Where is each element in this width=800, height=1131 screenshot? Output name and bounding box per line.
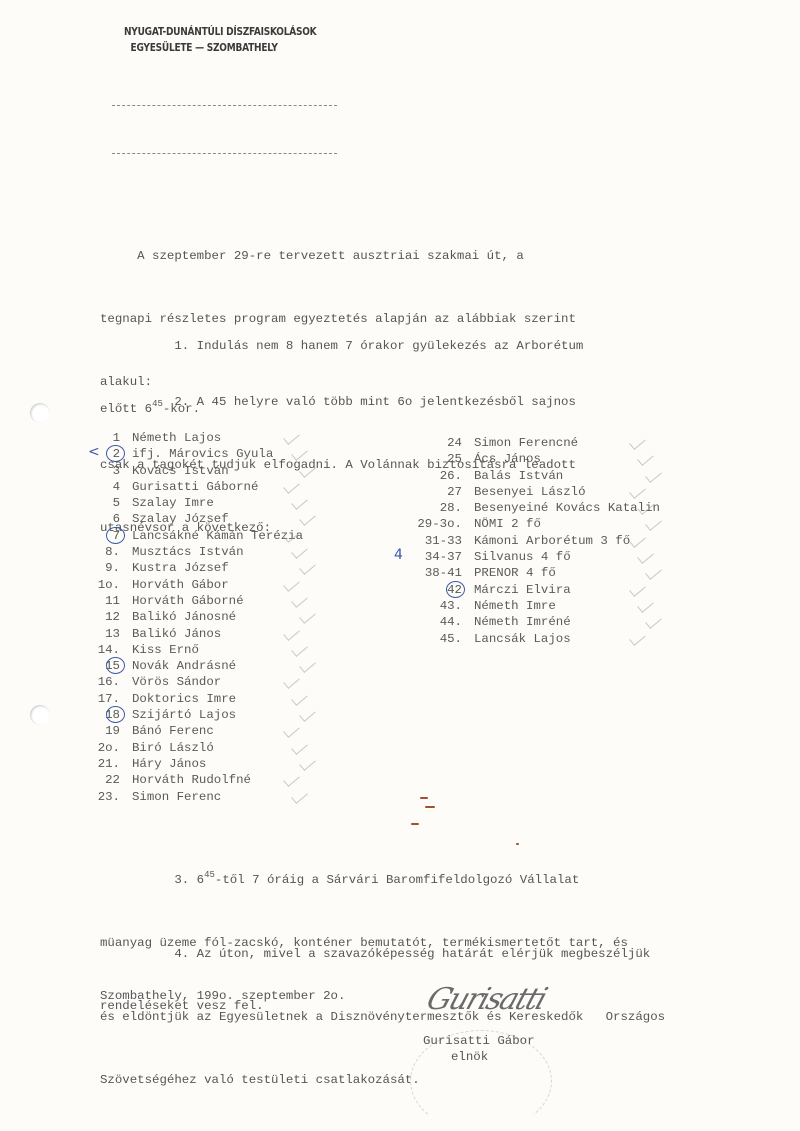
place-and-date: Szombathely, 199o. szeptember 2o. bbox=[100, 986, 345, 1007]
document-page: NYUGAT-DUNÁNTÚLI DÍSZFAISKOLÁSOK EGYESÜL… bbox=[0, 0, 800, 1131]
passenger-row: 4Gurisatti Gáborné bbox=[94, 479, 303, 495]
passenger-row: 2ifj. Márovics Gyula< bbox=[94, 446, 303, 462]
punch-hole-top bbox=[30, 403, 50, 423]
point-4-line: és eldöntjük az Egyesületnek a Disznövén… bbox=[100, 1007, 665, 1028]
passenger-name: Kustra József bbox=[132, 561, 229, 575]
passenger-number: 6 bbox=[94, 511, 120, 527]
passenger-row: 45.Lancsák Lajos bbox=[390, 631, 660, 647]
passenger-name: Szijártó Lajos bbox=[132, 708, 236, 722]
passenger-row: 23.Simon Ferenc bbox=[94, 789, 303, 805]
passenger-number: 5 bbox=[94, 495, 120, 511]
passenger-name: Novák Andrásné bbox=[132, 659, 236, 673]
passenger-row: 11Horváth Gáborné bbox=[94, 593, 303, 609]
passenger-row: 12Balikó Jánosné bbox=[94, 609, 303, 625]
passenger-number: 23. bbox=[94, 789, 120, 805]
passenger-number: 22 bbox=[94, 772, 120, 788]
passenger-row: 31-33Kámoni Arborétum 3 fő bbox=[390, 533, 660, 549]
letterhead-line-1: NYUGAT-DUNÁNTÚLI DÍSZFAISKOLÁSOK bbox=[124, 24, 316, 40]
passenger-row: 18Szijártó Lajos bbox=[94, 707, 303, 723]
passenger-name: Kámoni Arborétum 3 fő bbox=[474, 534, 630, 548]
point-3-line: 3. 645-től 7 óráig a Sárvári Baromfifeld… bbox=[100, 870, 628, 891]
passenger-number: 13 bbox=[94, 626, 120, 642]
address-rule-1 bbox=[112, 105, 337, 106]
passenger-name: Gurisatti Gáborné bbox=[132, 480, 258, 494]
passenger-name: NÖMI 2 fő bbox=[474, 517, 541, 531]
address-rule-2 bbox=[112, 153, 337, 154]
point-4-line: 4. Az úton, mivel a szavazóképesség hatá… bbox=[100, 944, 665, 965]
passenger-number: 16. bbox=[94, 674, 120, 690]
passenger-name: Kiss Ernő bbox=[132, 643, 199, 657]
passenger-name: Szalay Imre bbox=[132, 496, 214, 510]
passenger-row: 19Bánó Ferenc bbox=[94, 723, 303, 739]
text: 3. 6 bbox=[100, 873, 204, 887]
passenger-name: Németh Imréné bbox=[474, 615, 571, 629]
signer-name: Gurisatti Gábor bbox=[423, 1033, 535, 1049]
handwritten-signature: Gurisatti bbox=[422, 982, 550, 1017]
passenger-name: Szalay József bbox=[132, 512, 229, 526]
checkmark-icon bbox=[645, 467, 662, 483]
passenger-number: 43. bbox=[390, 598, 462, 614]
intro-line: A szeptember 29-re tervezett ausztriai s… bbox=[100, 246, 576, 267]
point-4-line: Szövetségéhez való testületi csatlakozás… bbox=[100, 1070, 665, 1091]
passenger-name: Ács János bbox=[474, 452, 541, 466]
checkmark-icon bbox=[283, 722, 300, 738]
checkmark-icon bbox=[629, 434, 646, 450]
text: -től 7 óráig a Sárvári Baromfifeldolgozó… bbox=[215, 873, 579, 887]
checkmark-icon bbox=[629, 630, 646, 646]
passenger-name: Horváth Rudolfné bbox=[132, 773, 251, 787]
point-2-line: 2. A 45 helyre való több mint 6o jelentk… bbox=[100, 392, 576, 413]
passenger-name: Háry János bbox=[132, 757, 206, 771]
passenger-row: 1o.Horváth Gábor bbox=[94, 577, 303, 593]
passenger-name: Horváth Gábor bbox=[132, 578, 229, 592]
checkmark-icon bbox=[283, 674, 300, 690]
checkmark-icon bbox=[283, 771, 300, 787]
passenger-number: 21. bbox=[94, 756, 120, 772]
passenger-row: 17.Doktorics Imre bbox=[94, 691, 303, 707]
passenger-number: 1o. bbox=[94, 577, 120, 593]
handwritten-annotation: 4 bbox=[394, 547, 403, 563]
passenger-name: Lancsák Lajos bbox=[474, 632, 571, 646]
passenger-number: 38-41 bbox=[390, 565, 462, 581]
passenger-number: 3 bbox=[94, 463, 120, 479]
passenger-row: 16.Vörös Sándor bbox=[94, 674, 303, 690]
passenger-name: Simon Ferencné bbox=[474, 436, 578, 450]
checkmark-icon bbox=[629, 581, 646, 597]
checkmark-icon bbox=[299, 706, 316, 722]
passenger-row: 24Simon Ferencné bbox=[390, 435, 660, 451]
passenger-number: 19 bbox=[94, 723, 120, 739]
passenger-number: 4 bbox=[94, 479, 120, 495]
checkmark-icon bbox=[299, 608, 316, 624]
checkmark-icon bbox=[645, 613, 662, 629]
passenger-name: Németh Imre bbox=[474, 599, 556, 613]
passenger-number: 24 bbox=[390, 435, 462, 451]
passenger-row: 15Novák Andrásné bbox=[94, 658, 303, 674]
checkmark-icon bbox=[283, 576, 300, 592]
passenger-name: Kovács István bbox=[132, 464, 229, 478]
circled-number-mark bbox=[106, 527, 125, 544]
passenger-number: 25 bbox=[390, 451, 462, 467]
passenger-row: 43.Németh Imre bbox=[390, 598, 660, 614]
passenger-row: 1Németh Lajos bbox=[94, 430, 303, 446]
passenger-name: Bánó Ferenc bbox=[132, 724, 214, 738]
superscript: 45 bbox=[204, 870, 215, 880]
checkmark-icon bbox=[291, 641, 308, 657]
passenger-name: Besenyeiné Kovács Katalin bbox=[474, 501, 660, 515]
passenger-list-left: 1Németh Lajos2ifj. Márovics Gyula<3Kovác… bbox=[94, 430, 303, 805]
checkmark-icon bbox=[299, 657, 316, 673]
checkmark-icon bbox=[645, 516, 662, 532]
passenger-name: Lancsákné Kámán Terézia bbox=[132, 529, 303, 543]
checkmark-icon bbox=[645, 564, 662, 580]
passenger-row: 25Ács János bbox=[390, 451, 660, 467]
passenger-name: Biró László bbox=[132, 741, 214, 755]
checkmark-icon bbox=[291, 592, 308, 608]
passenger-name: Besenyei László bbox=[474, 485, 586, 499]
passenger-row: 3Kovács István bbox=[94, 463, 303, 479]
passenger-row: 21.Háry János bbox=[94, 756, 303, 772]
passenger-number: 2o. bbox=[94, 740, 120, 756]
passenger-number: 17. bbox=[94, 691, 120, 707]
signer-title: elnök bbox=[451, 1049, 488, 1065]
passenger-name: Horváth Gáborné bbox=[132, 594, 244, 608]
checkmark-icon bbox=[637, 548, 654, 564]
checkmark-icon bbox=[637, 597, 654, 613]
checkmark-icon bbox=[291, 739, 308, 755]
checkmark-icon bbox=[291, 788, 308, 804]
passenger-number: 27 bbox=[390, 484, 462, 500]
handwritten-annotation: < bbox=[88, 444, 100, 460]
checkmark-icon bbox=[283, 429, 300, 445]
passenger-row: 22Horváth Rudolfné bbox=[94, 772, 303, 788]
checkmark-icon bbox=[299, 755, 316, 771]
circled-number-mark bbox=[106, 706, 125, 723]
passenger-number: 29-3o. bbox=[390, 516, 462, 532]
passenger-number: 26. bbox=[390, 468, 462, 484]
passenger-row: 8.Musztács István bbox=[94, 544, 303, 560]
passenger-number: 11 bbox=[94, 593, 120, 609]
passenger-name: Márczi Elvira bbox=[474, 583, 571, 597]
passenger-name: ifj. Márovics Gyula bbox=[132, 447, 273, 461]
passenger-name: Musztács István bbox=[132, 545, 244, 559]
checkmark-icon bbox=[283, 625, 300, 641]
passenger-row: 34-37Silvanus 4 fő4 bbox=[390, 549, 660, 565]
passenger-row: 6Szalay József bbox=[94, 511, 303, 527]
passenger-name: Balás István bbox=[474, 469, 563, 483]
passenger-number: 45. bbox=[390, 631, 462, 647]
passenger-row: 13Balikó János bbox=[94, 626, 303, 642]
passenger-name: Németh Lajos bbox=[132, 431, 221, 445]
passenger-row: 2o.Biró László bbox=[94, 740, 303, 756]
circled-number-mark bbox=[106, 657, 125, 674]
passenger-row: 26.Balás István bbox=[390, 468, 660, 484]
punch-hole-bottom bbox=[30, 705, 50, 725]
passenger-name: Doktorics Imre bbox=[132, 692, 236, 706]
passenger-row: 9.Kustra József bbox=[94, 560, 303, 576]
passenger-number: 12 bbox=[94, 609, 120, 625]
passenger-row: 7Lancsákné Kámán Terézia bbox=[94, 528, 303, 544]
checkmark-icon bbox=[637, 450, 654, 466]
passenger-name: Silvanus 4 fő bbox=[474, 550, 571, 564]
passenger-row: 28.Besenyeiné Kovács Katalin bbox=[390, 500, 660, 516]
passenger-number: 44. bbox=[390, 614, 462, 630]
passenger-row: 27Besenyei László bbox=[390, 484, 660, 500]
passenger-name: Vörös Sándor bbox=[132, 675, 221, 689]
circled-number-mark bbox=[106, 445, 125, 462]
passenger-name: Balikó János bbox=[132, 627, 221, 641]
circled-number-mark bbox=[446, 581, 465, 598]
passenger-number: 14. bbox=[94, 642, 120, 658]
passenger-name: PRENOR 4 fő bbox=[474, 566, 556, 580]
checkmark-icon bbox=[629, 532, 646, 548]
point-4: 4. Az úton, mivel a szavazóképesség hatá… bbox=[100, 902, 665, 1131]
passenger-row: 29-3o.NÖMI 2 fő bbox=[390, 516, 660, 532]
checkmark-icon bbox=[283, 478, 300, 494]
passenger-row: 44.Németh Imréné bbox=[390, 614, 660, 630]
passenger-number: 28. bbox=[390, 500, 462, 516]
passenger-name: Balikó Jánosné bbox=[132, 610, 236, 624]
passenger-name: Simon Ferenc bbox=[132, 790, 221, 804]
passenger-number: 8. bbox=[94, 544, 120, 560]
passenger-row: 42Márczi Elvira bbox=[390, 582, 660, 598]
checkmark-icon bbox=[291, 690, 308, 706]
letterhead-stamp: NYUGAT-DUNÁNTÚLI DÍSZFAISKOLÁSOK EGYESÜL… bbox=[124, 24, 316, 56]
passenger-list-right: 24Simon Ferencné25Ács János26.Balás Istv… bbox=[390, 435, 660, 647]
letterhead-line-2: EGYESÜLETE — SZOMBATHELY bbox=[124, 40, 316, 56]
passenger-row: 14.Kiss Ernő bbox=[94, 642, 303, 658]
passenger-number: 9. bbox=[94, 560, 120, 576]
passenger-row: 5Szalay Imre bbox=[94, 495, 303, 511]
checkmark-icon bbox=[629, 483, 646, 499]
passenger-row: 38-41PRENOR 4 fő bbox=[390, 565, 660, 581]
